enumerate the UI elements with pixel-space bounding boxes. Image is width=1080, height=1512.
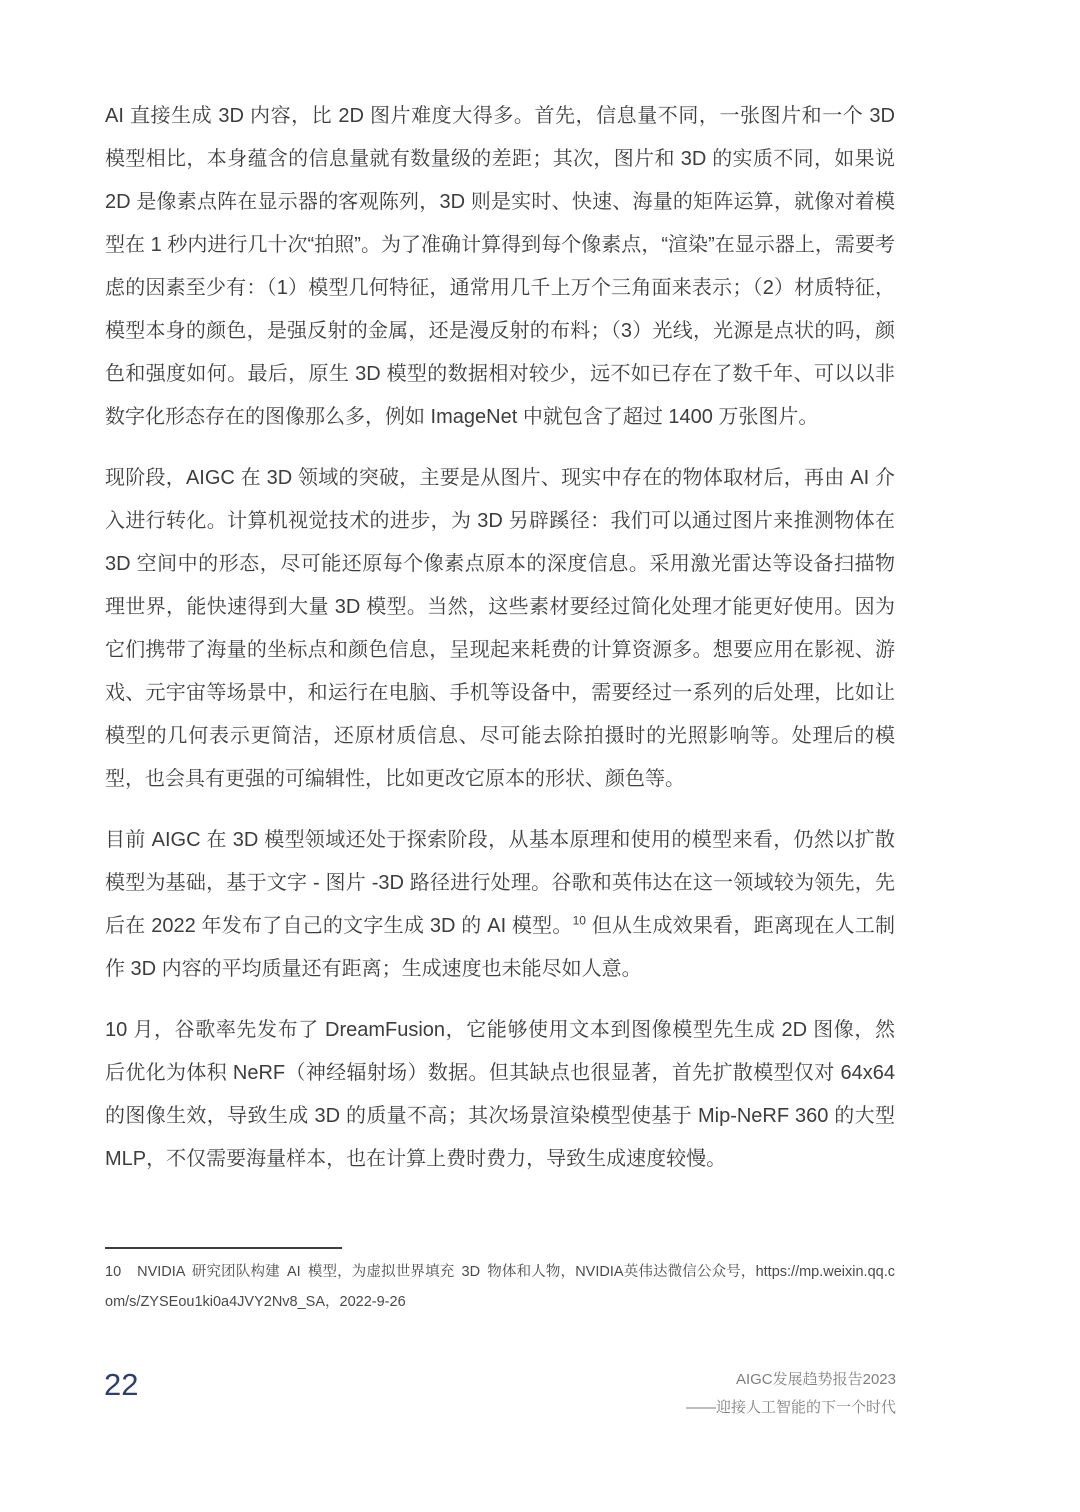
footnote-divider — [105, 1247, 342, 1249]
footnote-text: NVIDIA 研究团队构建 AI 模型，为虚拟世界填充 3D 物体和人物，NVI… — [105, 1264, 895, 1310]
page-content: AI 直接生成 3D 内容，比 2D 图片难度大得多。首先，信息量不同，一张图片… — [105, 95, 895, 1199]
report-page: AI 直接生成 3D 内容，比 2D 图片难度大得多。首先，信息量不同，一张图片… — [0, 0, 1080, 1512]
footnote: 10NVIDIA 研究团队构建 AI 模型，为虚拟世界填充 3D 物体和人物，N… — [105, 1257, 895, 1317]
paragraph-3: 目前 AIGC 在 3D 模型领域还处于探索阶段，从基本原理和使用的模型来看，仍… — [105, 819, 895, 991]
report-subtitle: ——迎接人工智能的下一个时代 — [686, 1394, 896, 1422]
report-title: AIGC发展趋势报告2023 — [686, 1366, 896, 1394]
page-number: 22 — [104, 1368, 138, 1402]
running-footer: AIGC发展趋势报告2023 ——迎接人工智能的下一个时代 — [686, 1366, 896, 1422]
paragraph-4: 10 月，谷歌率先发布了 DreamFusion，它能够使用文本到图像模型先生成… — [105, 1009, 895, 1181]
footnote-number: 10 — [105, 1264, 121, 1280]
paragraph-1: AI 直接生成 3D 内容，比 2D 图片难度大得多。首先，信息量不同，一张图片… — [105, 95, 895, 439]
paragraph-2: 现阶段，AIGC 在 3D 领域的突破，主要是从图片、现实中存在的物体取材后，再… — [105, 457, 895, 801]
footnote-reference: 10 — [573, 913, 586, 927]
